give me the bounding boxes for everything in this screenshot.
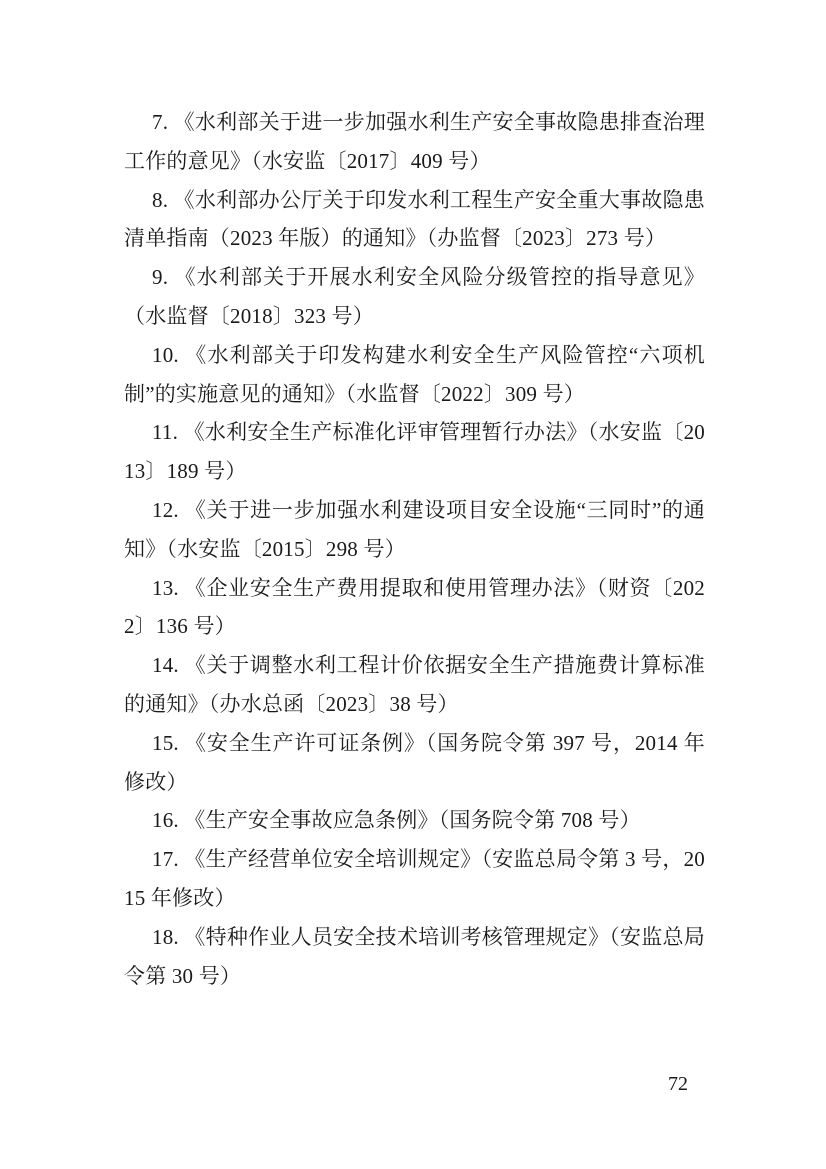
list-item: 17. 《生产经营单位安全培训规定》（安监总局令第 3 号，2015 年修改）	[124, 840, 705, 918]
page-number: 72	[668, 1073, 688, 1095]
list-item: 9. 《水利部关于开展水利安全风险分级管控的指导意见》（水监督〔2018〕323…	[124, 258, 705, 336]
list-item: 8. 《水利部办公厅关于印发水利工程生产安全重大事故隐患清单指南（2023 年版…	[124, 181, 705, 259]
list-item: 7. 《水利部关于进一步加强水利生产安全事故隐患排查治理工作的意见》（水安监〔2…	[124, 103, 705, 181]
list-item: 15. 《安全生产许可证条例》（国务院令第 397 号，2014 年修改）	[124, 724, 705, 802]
list-item: 11. 《水利安全生产标准化评审管理暂行办法》（水安监〔2013〕189 号）	[124, 413, 705, 491]
list-item: 12. 《关于进一步加强水利建设项目安全设施“三同时”的通知》（水安监〔2015…	[124, 491, 705, 569]
list-item: 18. 《特种作业人员安全技术培训考核管理规定》（安监总局令第 30 号）	[124, 918, 705, 996]
document-page: 7. 《水利部关于进一步加强水利生产安全事故隐患排查治理工作的意见》（水安监〔2…	[0, 0, 826, 1169]
list-item: 10. 《水利部关于印发构建水利安全生产风险管控“六项机制”的实施意见的通知》（…	[124, 336, 705, 414]
list-item: 14. 《关于调整水利工程计价依据安全生产措施费计算标准的通知》（办水总函〔20…	[124, 646, 705, 724]
regulation-list: 7. 《水利部关于进一步加强水利生产安全事故隐患排查治理工作的意见》（水安监〔2…	[124, 103, 705, 995]
page-footer: 72	[668, 1072, 688, 1096]
list-item: 16. 《生产安全事故应急条例》（国务院令第 708 号）	[124, 801, 705, 840]
list-item: 13. 《企业安全生产费用提取和使用管理办法》（财资〔2022〕136 号）	[124, 569, 705, 647]
